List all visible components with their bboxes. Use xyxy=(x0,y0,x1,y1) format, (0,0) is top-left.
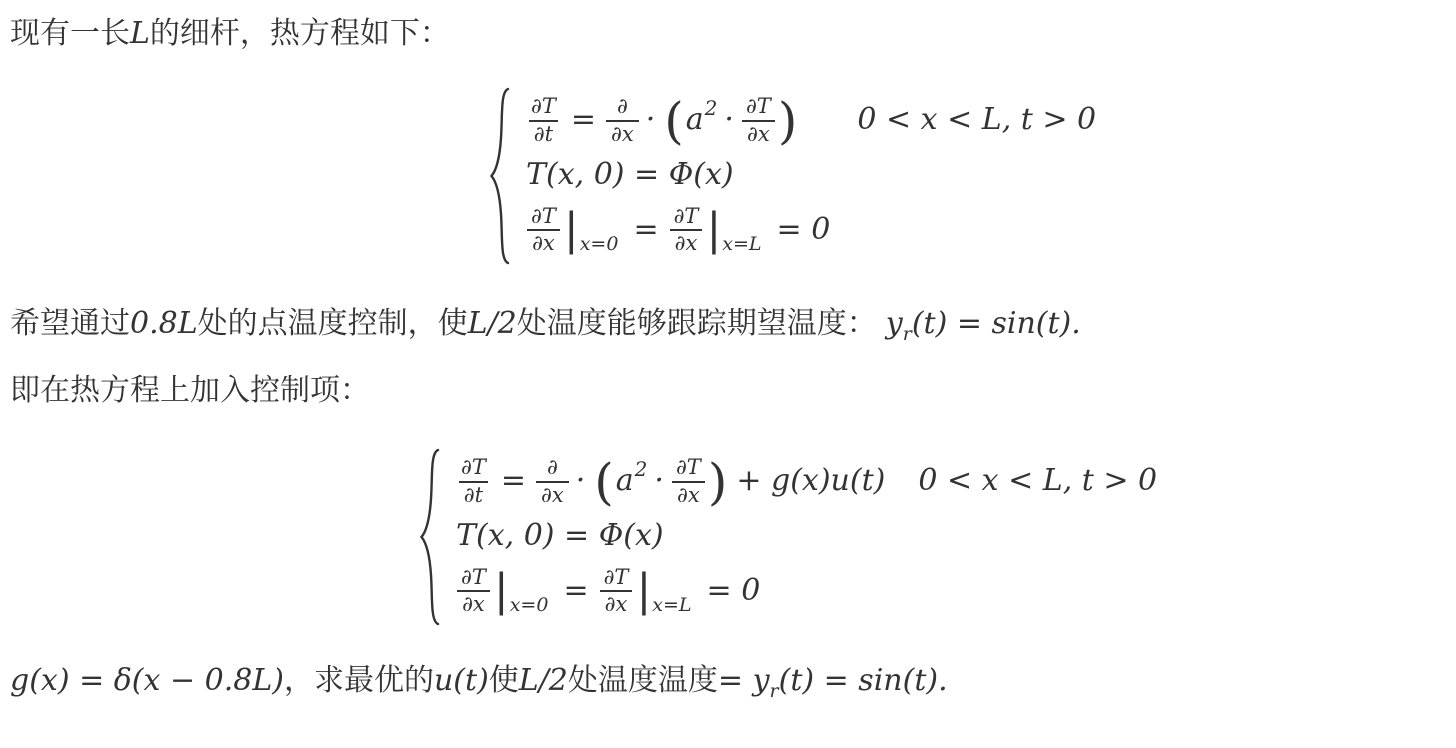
text-segment: 处的点温度控制，使 xyxy=(198,307,468,340)
equals-sign: = xyxy=(633,210,658,251)
evaluation-bar: | xyxy=(706,208,721,252)
var-a: a xyxy=(616,461,634,502)
evaluation-bar: | xyxy=(636,569,651,613)
subscript-xL: x=L xyxy=(722,232,761,258)
frac-dT-dx: ∂T∂x xyxy=(456,566,491,617)
domain-condition: 0 < x < L, t > 0 xyxy=(918,461,1157,502)
frac-dT-dx: ∂T∂x xyxy=(669,205,704,256)
initial-condition-row: T(x, 0) = Φ(x) xyxy=(456,516,664,557)
equation-rows: ∂T∂t = ∂∂x · ( a2 · ∂T∂x ) + g(x)u(t) 0 … xyxy=(456,456,1157,617)
boundary-condition-row: ∂T∂x |x=0 = ∂T∂x |x=L = 0 xyxy=(456,566,770,617)
frac-dT-dx: ∂T∂x xyxy=(599,566,634,617)
frac-dT-dt: ∂T∂t xyxy=(526,95,561,146)
left-paren: ( xyxy=(664,96,684,146)
left-brace-icon xyxy=(418,447,440,627)
math-inline-eq-y: = y xyxy=(718,663,770,698)
frac-d-dx: ∂∂x xyxy=(536,456,569,507)
initial-condition-row: T(x, 0) = Φ(x) xyxy=(526,155,734,196)
math-inline-L: L xyxy=(130,16,150,51)
document-page: 现有一长L的细杆，热方程如下： ∂T∂t = ∂∂x · ( a2 · ∂T∂x… xyxy=(0,0,1456,748)
paragraph-control-term: 即在热方程上加入控制项： xyxy=(10,369,1456,413)
text-segment: 的细杆，热方程如下： xyxy=(150,17,450,50)
math-inline-sin: (t) = sin(t). xyxy=(779,663,948,698)
cdot-sign: · xyxy=(724,100,734,141)
left-brace-icon xyxy=(488,86,510,266)
equals-sign: = xyxy=(501,461,526,502)
subscript-r: r xyxy=(770,680,779,702)
frac-d-dx: ∂∂x xyxy=(606,95,639,146)
control-term: + g(x)u(t) xyxy=(736,461,885,502)
frac-dT-dx: ∂T∂x xyxy=(741,95,776,146)
var-a: a xyxy=(686,100,704,141)
equals-sign: = xyxy=(563,571,588,612)
pde-row: ∂T∂t = ∂∂x · ( a2 · ∂T∂x ) + g(x)u(t) 0 … xyxy=(456,456,1157,507)
text-segment: 现有一长 xyxy=(10,17,130,50)
evaluation-bar: | xyxy=(494,569,509,613)
equation-system-1: ∂T∂t = ∂∂x · ( a2 · ∂T∂x ) 0 < x < L, t … xyxy=(488,86,1456,266)
equals-zero: = 0 xyxy=(707,571,761,612)
frac-dT-dx: ∂T∂x xyxy=(671,456,706,507)
subscript-r: r xyxy=(903,323,912,345)
cdot-sign: · xyxy=(646,100,656,141)
boundary-condition-row: ∂T∂x |x=0 = ∂T∂x |x=L = 0 xyxy=(526,205,840,256)
initial-condition: T(x, 0) = Φ(x) xyxy=(526,155,734,196)
text-segment: 处温度能够跟踪期望温度： xyxy=(517,307,877,340)
right-paren: ) xyxy=(708,457,728,507)
subscript-x0: x=0 xyxy=(510,593,549,619)
frac-dT-dt: ∂T∂t xyxy=(456,456,491,507)
equals-sign: = xyxy=(571,100,596,141)
equation-system-2: ∂T∂t = ∂∂x · ( a2 · ∂T∂x ) + g(x)u(t) 0 … xyxy=(418,447,1456,627)
subscript-x0: x=0 xyxy=(580,232,619,258)
text-segment: 处温度温度 xyxy=(568,664,718,697)
left-paren: ( xyxy=(594,457,614,507)
domain-condition: 0 < x < L, t > 0 xyxy=(857,100,1096,141)
paragraph-question: g(x) = δ(x − 0.8L)，求最优的u(t)使L/2处温度温度= yr… xyxy=(10,659,1456,703)
text-segment: 即在热方程上加入控制项： xyxy=(10,374,370,407)
right-paren: ) xyxy=(778,96,798,146)
text-segment: 使 xyxy=(489,664,519,697)
paragraph-intro: 现有一长L的细杆，热方程如下： xyxy=(10,12,1456,56)
initial-condition: T(x, 0) = Φ(x) xyxy=(456,516,664,557)
math-inline-gx: g(x) = δ(x − 0.8L) xyxy=(10,663,284,698)
paragraph-goal: 希望通过0.8L处的点温度控制，使L/2处温度能够跟踪期望温度：yr(t) = … xyxy=(10,302,1456,346)
equation-rows: ∂T∂t = ∂∂x · ( a2 · ∂T∂x ) 0 < x < L, t … xyxy=(526,95,1096,256)
text-segment: 希望通过 xyxy=(10,307,130,340)
frac-dT-dx: ∂T∂x xyxy=(526,205,561,256)
math-inline-yr: y xyxy=(886,306,903,341)
superscript-2: 2 xyxy=(635,456,648,483)
math-inline-ut: u(t) xyxy=(434,663,489,698)
evaluation-bar: | xyxy=(564,208,579,252)
equals-zero: = 0 xyxy=(777,210,831,251)
cdot-sign: · xyxy=(654,461,664,502)
text-segment: ，求最优的 xyxy=(284,664,434,697)
subscript-xL: x=L xyxy=(652,593,691,619)
math-inline-08L: 0.8L xyxy=(130,306,198,341)
math-inline-L2: L/2 xyxy=(468,306,517,341)
superscript-2: 2 xyxy=(705,95,718,122)
pde-row: ∂T∂t = ∂∂x · ( a2 · ∂T∂x ) 0 < x < L, t … xyxy=(526,95,1096,146)
cdot-sign: · xyxy=(576,461,586,502)
math-inline-L2: L/2 xyxy=(519,663,568,698)
math-inline-sin: (t) = sin(t). xyxy=(912,306,1081,341)
